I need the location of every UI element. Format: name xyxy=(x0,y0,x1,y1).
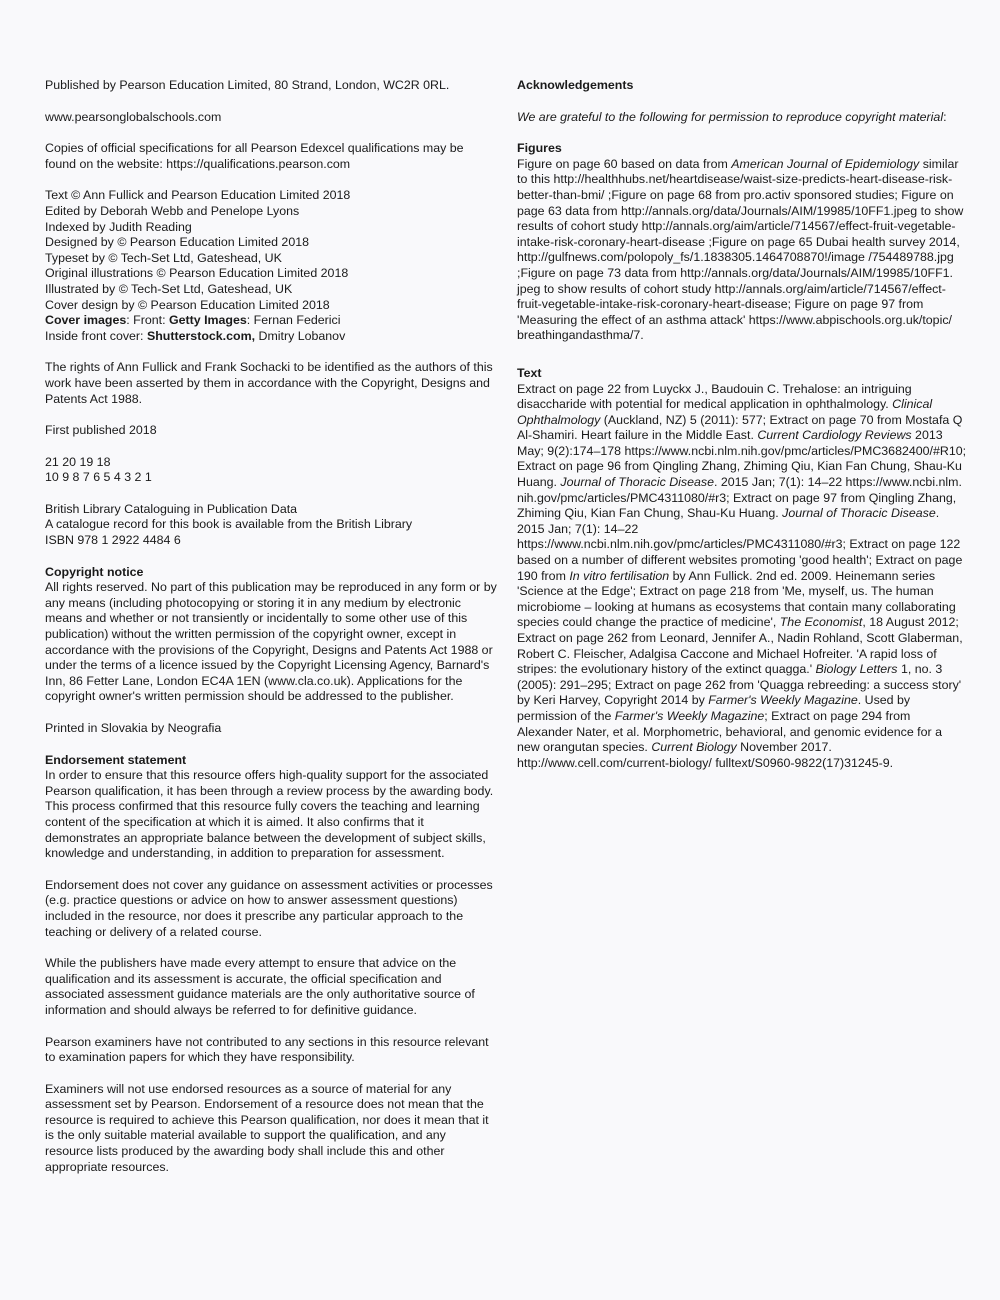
text-credit: Text © Ann Fullick and Pearson Education… xyxy=(45,188,497,204)
cover-images-source: Getty Images xyxy=(169,313,247,327)
edited-credit: Edited by Deborah Webb and Penelope Lyon… xyxy=(45,204,497,220)
catalogue-record: A catalogue record for this book is avai… xyxy=(45,517,497,533)
cover-images-label: Cover images xyxy=(45,313,126,327)
typeset-credit: Typeset by © Tech-Set Ltd, Gateshead, UK xyxy=(45,251,497,267)
cover-images-credit: Cover images: Front: Getty Images: Ferna… xyxy=(45,313,497,329)
website-link[interactable]: www.pearsonglobalschools.com xyxy=(45,110,497,126)
cover-design-credit: Cover design by © Pearson Education Limi… xyxy=(45,298,497,314)
designed-credit: Designed by © Pearson Education Limited … xyxy=(45,235,497,251)
figures-section: Figures Figure on page 60 based on data … xyxy=(517,141,967,344)
print-line: 21 20 19 18 10 9 8 7 6 5 4 3 2 1 xyxy=(45,455,497,486)
endorsement-p3: While the publishers have made every att… xyxy=(45,956,497,1018)
illustrations-credit: Original illustrations © Pearson Educati… xyxy=(45,266,497,282)
endorsement-statement: Endorsement statement In order to ensure… xyxy=(45,753,497,862)
acknowledgements-intro: We are grateful to the following for per… xyxy=(517,110,967,126)
copyright-notice: Copyright notice All rights reserved. No… xyxy=(45,565,497,705)
text-section: Text Extract on page 22 from Luyckx J., … xyxy=(517,366,967,771)
endorsement-p2: Endorsement does not cover any guidance … xyxy=(45,878,497,940)
catalogue-block: British Library Cataloguing in Publicati… xyxy=(45,502,497,549)
endorsement-p1: In order to ensure that this resource of… xyxy=(45,768,493,860)
figures-heading: Figures xyxy=(517,141,967,157)
author-rights: The rights of Ann Fullick and Frank Soch… xyxy=(45,360,497,407)
inside-cover-source: Shutterstock.com, xyxy=(147,329,255,343)
copyright-notice-heading: Copyright notice xyxy=(45,565,497,581)
endorsement-p4: Pearson examiners have not contributed t… xyxy=(45,1035,497,1066)
print-numbers: 10 9 8 7 6 5 4 3 2 1 xyxy=(45,470,497,486)
copyright-notice-body: All rights reserved. No part of this pub… xyxy=(45,580,497,703)
text-heading: Text xyxy=(517,366,967,382)
printed-in: Printed in Slovakia by Neografia xyxy=(45,721,497,737)
credits-block: Text © Ann Fullick and Pearson Education… xyxy=(45,188,497,344)
first-published: First published 2018 xyxy=(45,423,497,439)
indexed-credit: Indexed by Judith Reading xyxy=(45,220,497,236)
print-years: 21 20 19 18 xyxy=(45,455,497,471)
specifications-note: Copies of official specifications for al… xyxy=(45,141,497,172)
inside-cover-credit: Inside front cover: Shutterstock.com, Dm… xyxy=(45,329,497,345)
acknowledgements-heading: Acknowledgements xyxy=(517,78,967,94)
endorsement-p5: Examiners will not use endorsed resource… xyxy=(45,1082,497,1176)
endorsement-heading: Endorsement statement xyxy=(45,753,497,769)
left-column: Published by Pearson Education Limited, … xyxy=(45,78,497,1191)
isbn: ISBN 978 1 2922 4484 6 xyxy=(45,533,497,549)
catalogue-title: British Library Cataloguing in Publicati… xyxy=(45,502,497,518)
publisher-line: Published by Pearson Education Limited, … xyxy=(45,78,497,94)
right-column: Acknowledgements We are grateful to the … xyxy=(517,78,967,787)
illustrated-credit: Illustrated by © Tech-Set Ltd, Gateshead… xyxy=(45,282,497,298)
